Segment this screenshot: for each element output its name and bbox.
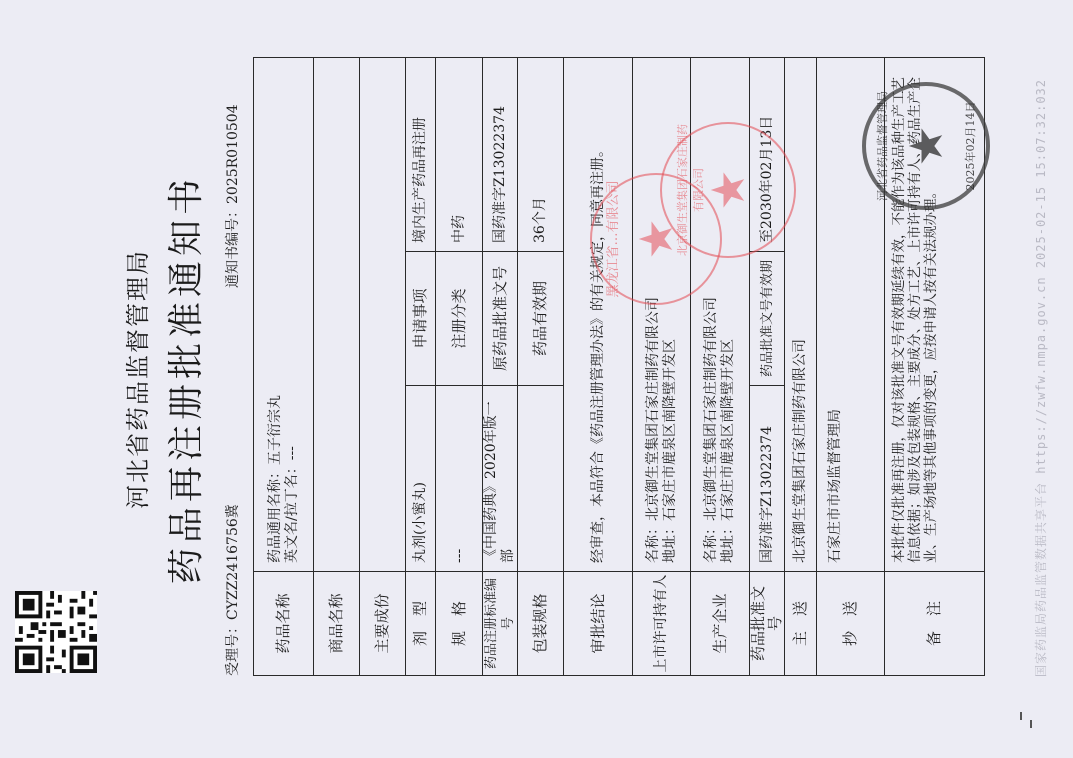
table-row: 抄 送 石家庄市市场监督管理局 — [817, 57, 885, 675]
standard-no-value: 《中国药典》2020年版一部 — [483, 386, 518, 572]
trade-name-value — [314, 57, 360, 571]
packaging-label: 包装规格 — [518, 572, 564, 676]
manufacturer-name-label: 名称： — [703, 521, 719, 563]
table-row: 主要成份 — [360, 57, 406, 675]
download-watermark: 国家药监局药品监管数据共享平台 https://zwfw.nmpa.gov.cn… — [1032, 18, 1049, 738]
table-row: 上市许可持有人 名称：北京御生堂集团石家庄制药有限公司 地址：石家庄市鹿泉区南降… — [633, 57, 691, 675]
mah-address-label: 地址： — [662, 521, 678, 563]
manufacturer-label: 生产企业 — [691, 572, 750, 676]
main-ingredients-label: 主要成份 — [360, 572, 406, 676]
trade-name-label: 商品名称 — [314, 572, 360, 676]
approval-validity-value: 至2030年02月13日 — [750, 57, 785, 251]
table-row: 规 格 --- 注册分类 中药 — [436, 57, 483, 675]
dosage-form-value: 丸剂(小蜜丸) — [406, 386, 436, 572]
table-row: 审批结论 经审查，本品符合《药品注册管理办法》的有关规定，同意再注册。 — [564, 57, 633, 675]
acceptance-number-label: 受理号： — [225, 620, 241, 676]
drug-name-value: 药品通用名称：五子衍宗丸 英文名/拉丁名：--- — [254, 57, 314, 571]
recipient-value: 北京御生堂集团石家庄制药有限公司 — [785, 57, 817, 571]
table-row: 药品注册标准编号 《中国药典》2020年版一部 原药品批准文号 国药准字Z130… — [483, 57, 518, 675]
mah-name-label: 名称： — [645, 521, 661, 563]
approval-no-value: 国药准字Z13022374 — [750, 386, 785, 572]
acceptance-number: 受理号：CYZZ2416756冀 — [222, 504, 242, 676]
conclusion-value: 经审查，本品符合《药品注册管理办法》的有关规定，同意再注册。 — [564, 57, 633, 571]
english-name-value: --- — [284, 446, 300, 460]
original-approval-no-value: 国药准字Z13022374 — [483, 57, 518, 251]
table-row: 商品名称 — [314, 57, 360, 675]
main-ingredients-value — [360, 57, 406, 571]
drug-name-label: 药品名称 — [254, 572, 314, 676]
shelf-life-label: 药品有效期 — [518, 252, 564, 386]
approval-no-label: 药品批准文号 — [750, 572, 785, 676]
approval-validity-label: 药品批准文号有效期 — [750, 252, 785, 386]
manufacturer-address-label: 地址： — [720, 521, 736, 563]
qr-code-icon — [15, 591, 97, 673]
english-name-label: 英文名/拉丁名： — [284, 460, 300, 563]
recipient-label: 主 送 — [785, 572, 817, 676]
acceptance-number-value: CYZZ2416756冀 — [225, 504, 241, 620]
approval-notice-page: 河北省药品监督管理局 药品再注册批准通知书 受理号：CYZZ2416756冀 通… — [0, 0, 1073, 758]
table-row: 药品批准文号 国药准字Z13022374 药品批准文号有效期 至2030年02月… — [750, 57, 785, 675]
dosage-form-label: 剂 型 — [406, 572, 436, 676]
notice-number-label: 通知书编号： — [225, 204, 241, 288]
table-row: 备 注 本批件仅批准再注册，仅对该批准文号有效期延续有效，不能作为该品种生产工艺… — [885, 57, 985, 675]
shelf-life-value: 36个月 — [518, 57, 564, 251]
specification-label: 规 格 — [436, 572, 483, 676]
cc-label: 抄 送 — [817, 572, 885, 676]
manufacturer-value: 名称：北京御生堂集团石家庄制药有限公司 地址：石家庄市鹿泉区南降壁开发区 — [691, 57, 750, 571]
table-row: 剂 型 丸剂(小蜜丸) 申请事项 境内生产药品再注册 — [406, 57, 436, 675]
manufacturer-name: 北京御生堂集团石家庄制药有限公司 — [703, 297, 719, 521]
document-title: 药品再注册批准通知书 — [158, 0, 209, 758]
manufacturer-address: 石家庄市鹿泉区南降壁开发区 — [720, 339, 736, 521]
mah-address: 石家庄市鹿泉区南降壁开发区 — [662, 339, 678, 521]
specification-value: --- — [436, 386, 483, 572]
remarks-label: 备 注 — [885, 572, 985, 676]
application-item-label: 申请事项 — [406, 252, 436, 386]
remarks-value: 本批件仅批准再注册，仅对该批准文号有效期延续有效，不能作为该品种生产工艺信息依据… — [885, 57, 985, 571]
table-row: 生产企业 名称：北京御生堂集团石家庄制药有限公司 地址：石家庄市鹿泉区南降壁开发… — [691, 57, 750, 675]
issuing-agency: 河北省药品监督管理局 — [118, 0, 153, 758]
standard-no-label: 药品注册标准编号 — [483, 572, 518, 676]
conclusion-label: 审批结论 — [564, 572, 633, 676]
common-name-value: 五子衍宗丸 — [267, 395, 283, 465]
registration-class-label: 注册分类 — [436, 252, 483, 386]
registration-class-value: 中药 — [436, 57, 483, 251]
application-item-value: 境内生产药品再注册 — [406, 57, 436, 251]
cc-value: 石家庄市市场监督管理局 — [817, 57, 885, 571]
mah-label: 上市许可持有人 — [633, 572, 691, 676]
notice-number: 通知书编号：2025R010504 — [222, 104, 242, 288]
mah-name: 北京御生堂集团石家庄制药有限公司 — [645, 297, 661, 521]
approval-table: 药品名称 药品通用名称：五子衍宗丸 英文名/拉丁名：--- 商品名称 主要成份 … — [253, 57, 985, 676]
table-row: 主 送 北京御生堂集团石家庄制药有限公司 — [785, 57, 817, 675]
packaging-value — [518, 386, 564, 572]
table-row: 包装规格 药品有效期 36个月 — [518, 57, 564, 675]
common-name-label: 药品通用名称： — [267, 465, 283, 563]
table-row: 药品名称 药品通用名称：五子衍宗丸 英文名/拉丁名：--- — [254, 57, 314, 675]
notice-number-value: 2025R010504 — [225, 104, 241, 204]
original-approval-no-label: 原药品批准文号 — [483, 252, 518, 386]
mah-value: 名称：北京御生堂集团石家庄制药有限公司 地址：石家庄市鹿泉区南降壁开发区 — [633, 57, 691, 571]
